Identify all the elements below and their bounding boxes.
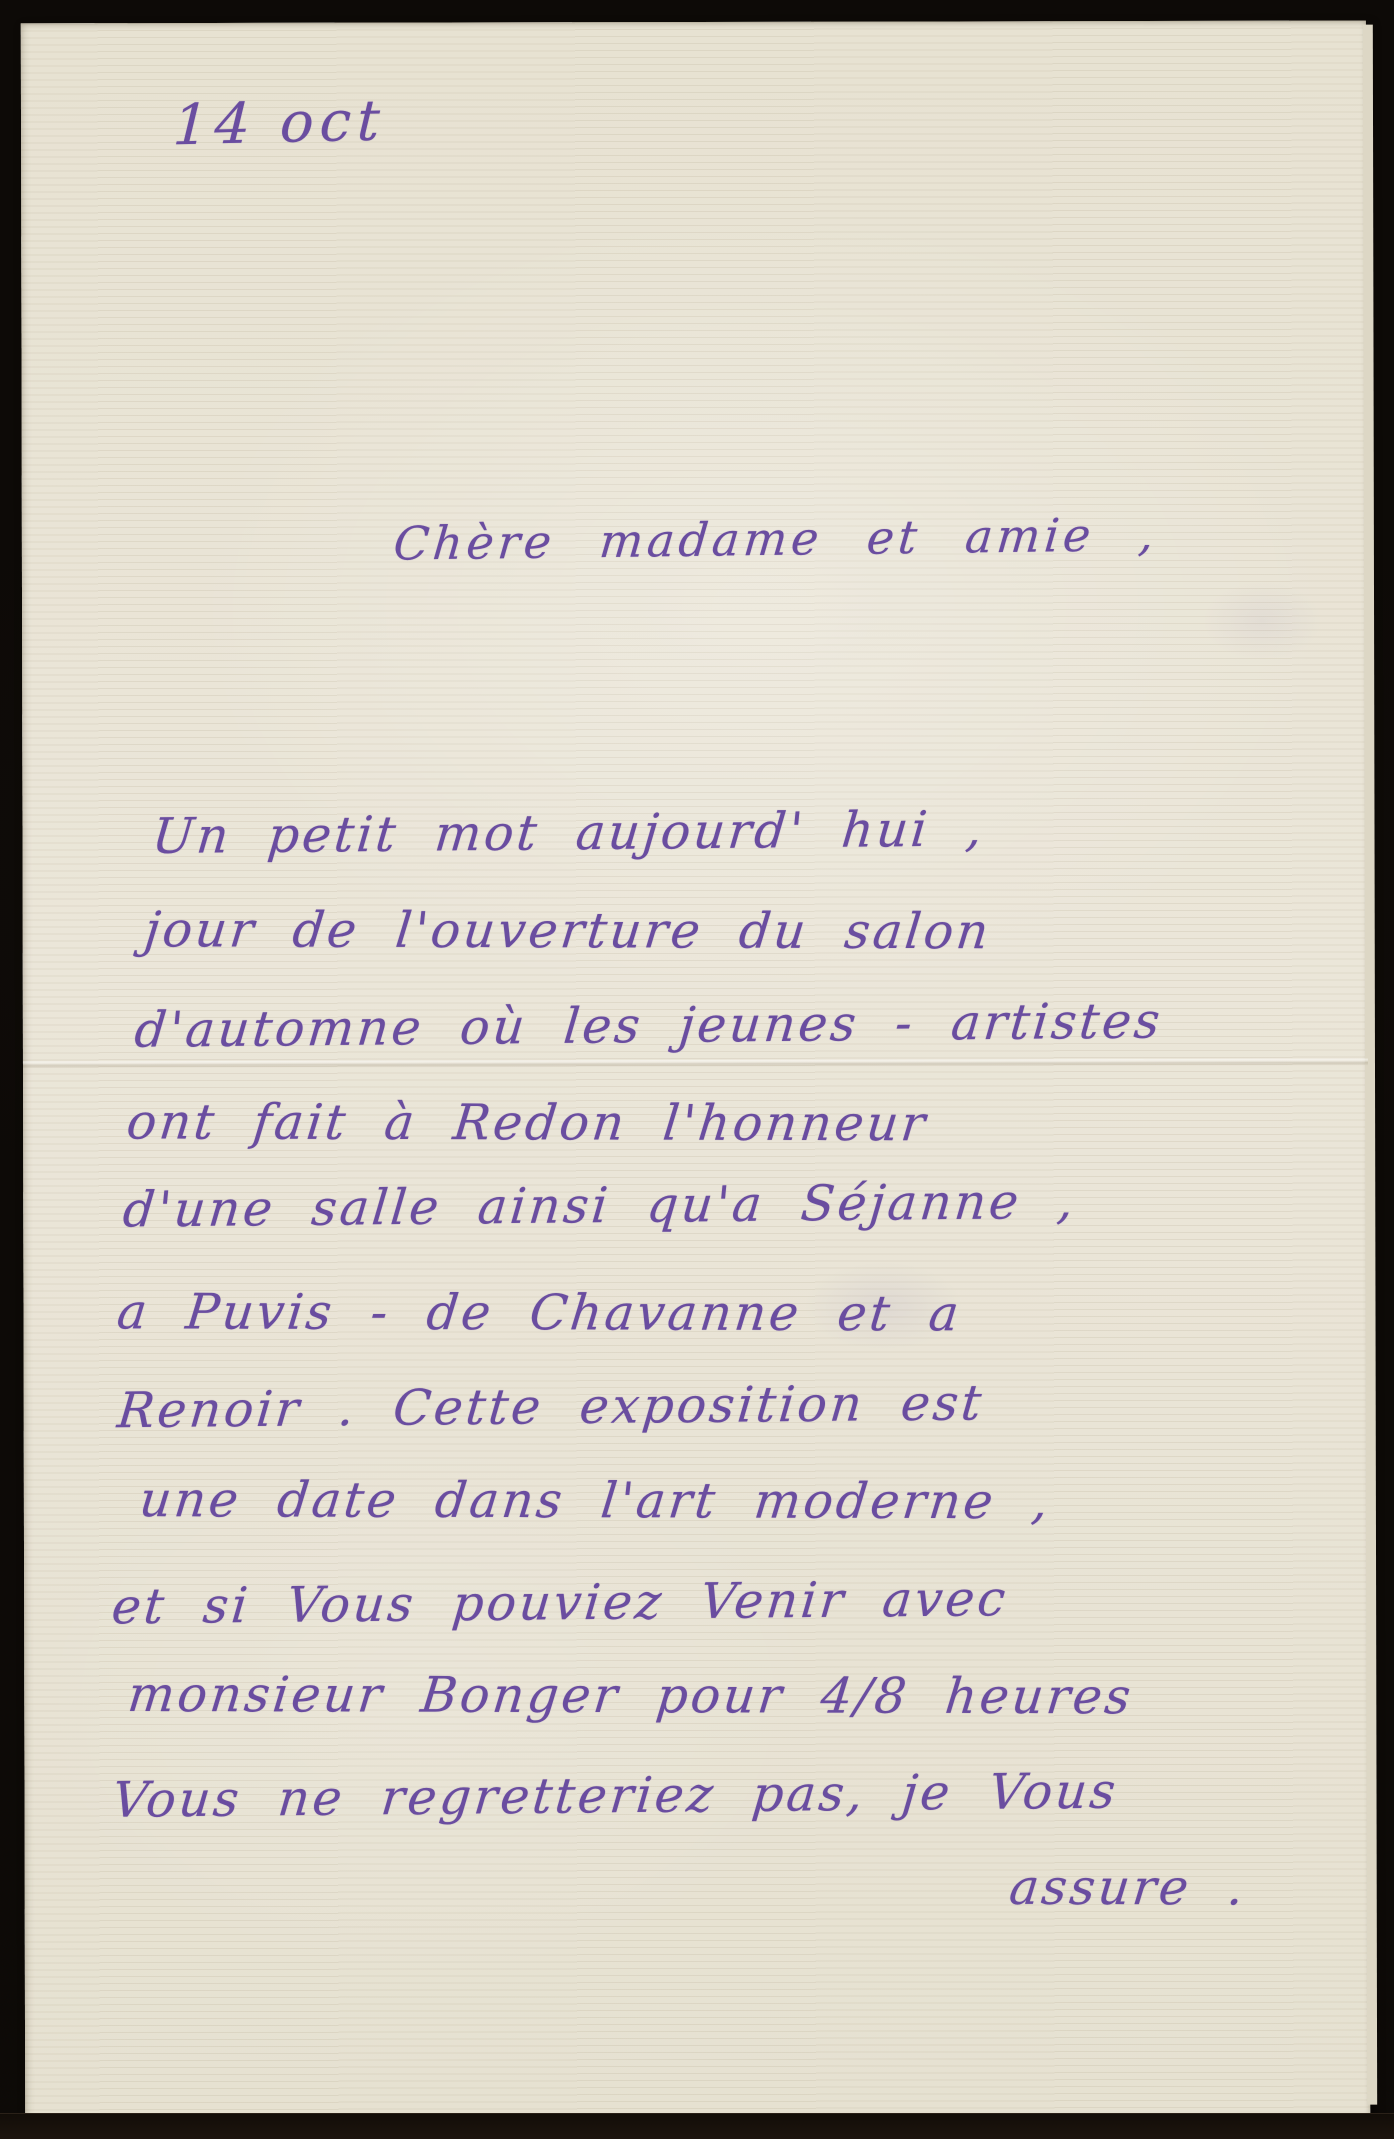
fold-crease — [23, 1059, 1368, 1069]
letter-page: 14 oct Chère madame et amie , Un petit m… — [21, 21, 1370, 2120]
letter-body-line: une date dans l'art moderne , — [137, 1471, 1054, 1530]
letter-body-line: et si Vous pouviez Venir avec — [109, 1570, 1010, 1635]
letter-body-line: Renoir . Cette exposition est — [115, 1374, 987, 1439]
scan-backdrop-strip — [0, 2113, 1394, 2139]
ink-smudge — [1202, 581, 1322, 661]
letter-date: 14 oct — [172, 88, 388, 158]
letter-body-line: Vous ne regretteriez pas, je Vous — [110, 1763, 1121, 1829]
letter-body-line: monsieur Bonger pour 4/8 heures — [125, 1666, 1136, 1725]
letter-body-line: assure . — [1007, 1859, 1250, 1917]
letter-body-line: d'automne où les jeunes - artistes — [132, 992, 1165, 1058]
letter-scan: { "letter": { "type": "handwritten-lette… — [0, 0, 1394, 2139]
letter-salutation: Chère madame et amie , — [391, 507, 1160, 571]
letter-body-line: jour de l'ouverture du salon — [142, 901, 994, 960]
letter-body-line: a Puvis - de Chavanne et a — [114, 1283, 964, 1342]
letter-body-line: d'une salle ainsi qu'a Séjanne , — [121, 1173, 1079, 1239]
letter-body-line: Un petit mot aujourd' hui , — [150, 800, 988, 865]
letter-body-line: ont fait à Redon l'honneur — [124, 1093, 931, 1152]
